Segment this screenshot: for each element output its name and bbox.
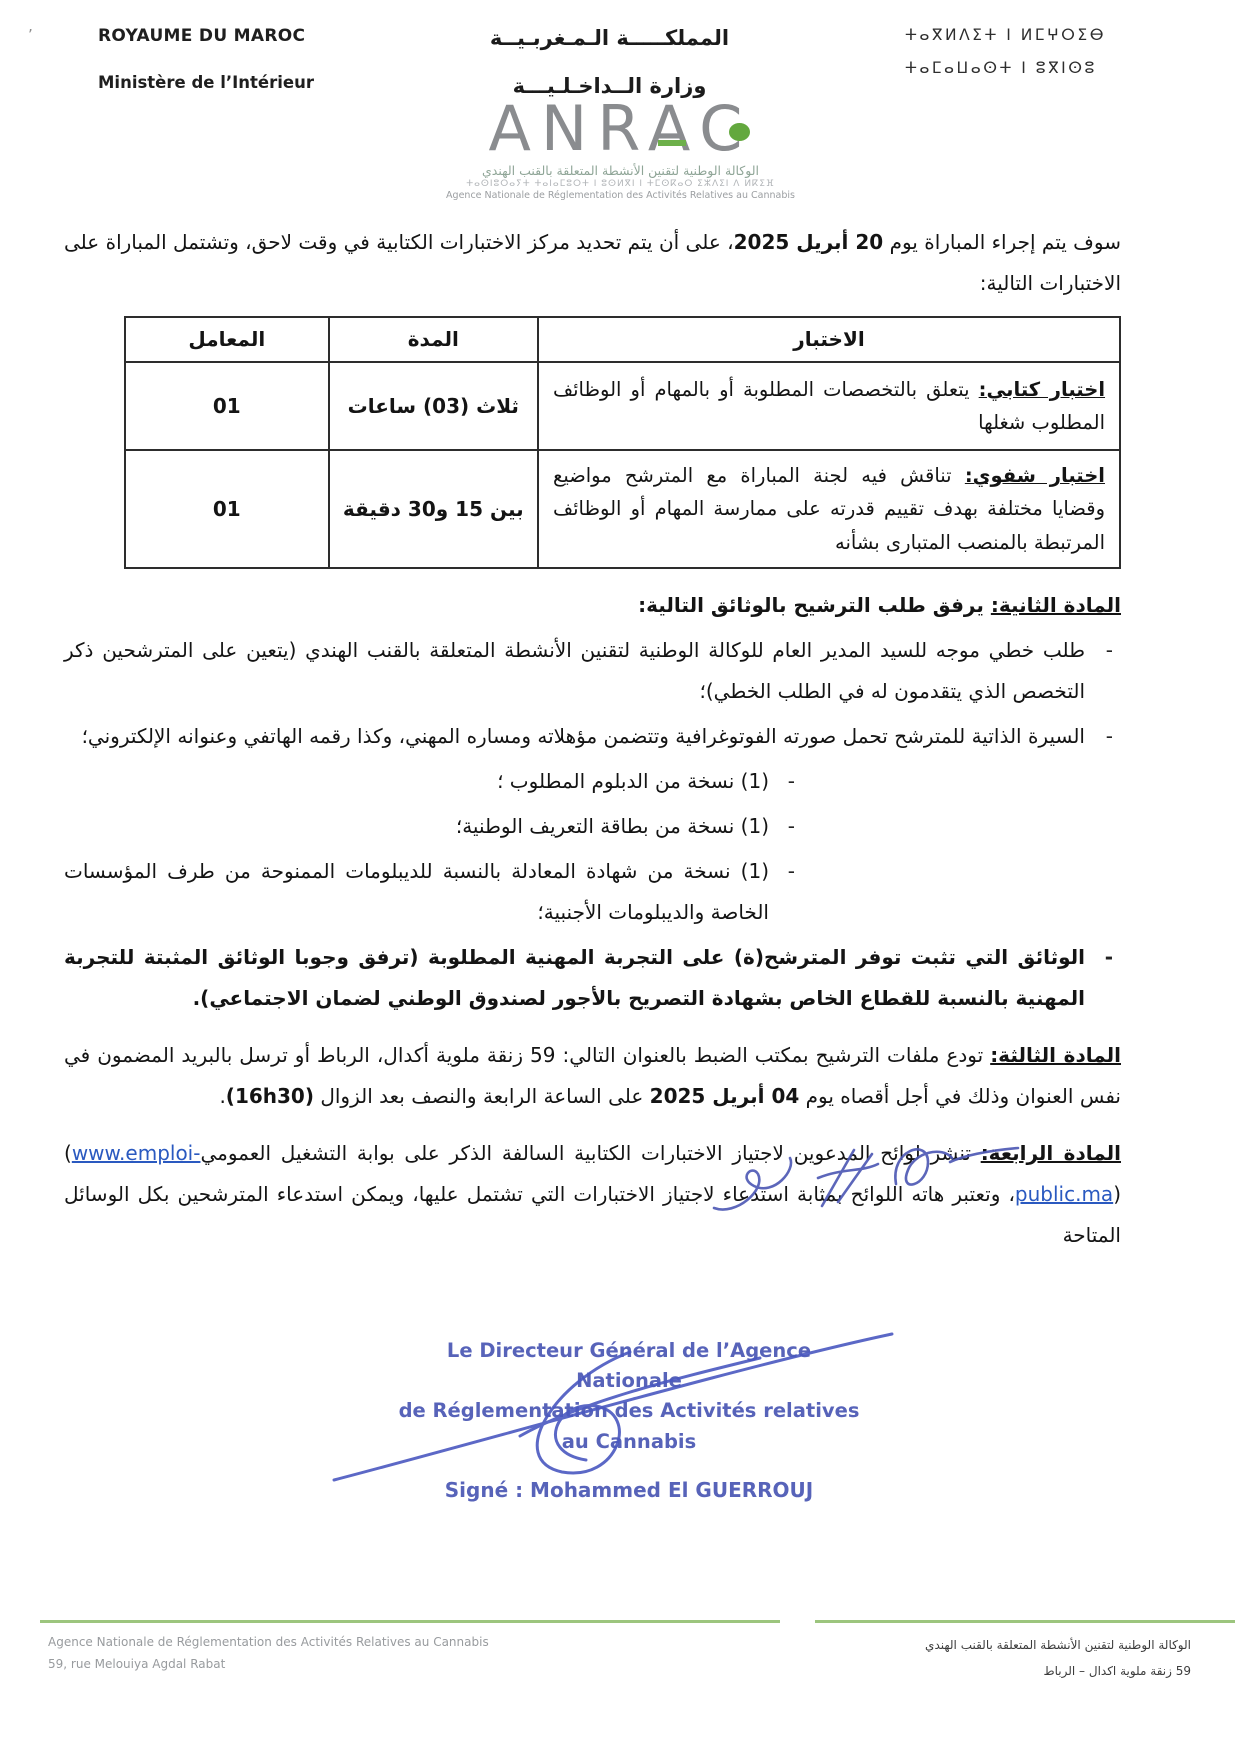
intro-paragraph: سوف يتم إجراء المباراة يوم 20 أبريل 2025… — [64, 222, 1121, 304]
intro-text-1: سوف يتم إجراء المباراة يوم — [883, 230, 1121, 254]
kingdom-title-tifinagh: ⵜⴰⴳⵍⴷⵉⵜ ⵏ ⵍⵎⵖⵔⵉⴱ — [905, 26, 1106, 44]
written-exam-duration: ثلاث (03) ساعات — [329, 362, 538, 450]
article-4-paragraph: المادة الرابعة: تنشر لوائح المدعوين لاجت… — [64, 1133, 1121, 1256]
list-item: (1) نسخة من بطاقة التعريف الوطنية؛ — [64, 806, 1121, 847]
deadline-time: (16h30) — [226, 1084, 314, 1108]
kingdom-title-ar: المملكـــــة الـمـغربـيــة — [490, 26, 729, 50]
stamp-line-3: au Cannabis — [398, 1427, 860, 1457]
header-exam: الاختبار — [538, 317, 1120, 362]
article-3-text-2: على الساعة الرابعة والنصف بعد الزوال — [314, 1084, 650, 1108]
oral-exam-duration: بين 15 و30 دقيقة — [329, 450, 538, 568]
article-4-label: المادة الرابعة: — [981, 1141, 1121, 1165]
footer-agency-ar: الوكالة الوطنية لتقنين الأنشطة المتعلقة … — [925, 1632, 1191, 1658]
exam-date: 20 أبريل 2025 — [734, 230, 884, 254]
list-item: السيرة الذاتية للمترشح تحمل صورته الفوتو… — [64, 716, 1121, 757]
logo-subtitle-arabic: الوكالة الوطنية لتقنين الأنشطة المتعلقة … — [0, 163, 1241, 178]
anrac-wordmark: ANRAC — [489, 98, 753, 160]
table-header-row: الاختبار المدة المعامل — [125, 317, 1120, 362]
footer-address-fr: 59, rue Melouiya Agdal Rabat — [48, 1654, 489, 1676]
paren-open: ( — [64, 1141, 72, 1165]
list-item-text: السيرة الذاتية للمترشح تحمل صورته الفوتو… — [82, 724, 1085, 748]
anrac-logo: ANRAC الوكالة الوطنية لتقنين الأنشطة الم… — [0, 98, 1241, 201]
written-exam-cell: اختبار كتابي: يتعلق بالتخصصات المطلوبة أ… — [538, 362, 1120, 450]
list-item-text: (1) نسخة من شهادة المعادلة بالنسبة للديب… — [64, 859, 769, 924]
logo-subtitle-french: Agence Nationale de Réglementation des A… — [0, 190, 1241, 201]
footer-address-ar: 59 زنقة ملوية اكدال – الرباط — [925, 1658, 1191, 1684]
written-exam-label: اختبار كتابي: — [979, 378, 1105, 401]
oral-exam-label: اختبار شفوي: — [965, 464, 1105, 487]
stamp-line-2: de Réglementation des Activités relative… — [398, 1396, 860, 1426]
oral-exam-cell: اختبار شفوي: تناقش فيه لجنة المباراة مع … — [538, 450, 1120, 568]
kingdom-title-fr: ROYAUME DU MAROC — [98, 26, 314, 46]
list-item-text: الوثائق التي تثبت توفر المترشح(ة) على ال… — [64, 945, 1085, 1010]
list-item: طلب خطي موجه للسيد المدير العام للوكالة … — [64, 630, 1121, 712]
footer-divider-left — [40, 1620, 780, 1623]
document-body: سوف يتم إجراء المباراة يوم 20 أبريل 2025… — [64, 222, 1121, 1256]
exams-table: الاختبار المدة المعامل اختبار كتابي: يتع… — [124, 316, 1121, 569]
logo-green-bar-icon — [658, 140, 686, 146]
signature-stamp: Le Directeur Général de l’Agence Nationa… — [398, 1336, 860, 1506]
letterhead-tifinagh: ⵜⴰⴳⵍⴷⵉⵜ ⵏ ⵍⵎⵖⵔⵉⴱ ⵜⴰⵎⴰⵡⴰⵙⵜ ⵏ ⵓⴳⵏⵙⵓ — [905, 26, 1106, 98]
article-2-label: المادة الثانية: — [991, 593, 1121, 617]
ministry-title-fr: Ministère de l’Intérieur — [98, 73, 314, 92]
footer-divider-right — [815, 1620, 1235, 1623]
footer-arabic: الوكالة الوطنية لتقنين الأنشطة المتعلقة … — [925, 1632, 1191, 1685]
header-coefficient: المعامل — [125, 317, 329, 362]
letterhead-arabic: المملكـــــة الـمـغربـيــة وزارة الــداخ… — [490, 26, 729, 98]
article-3-label: المادة الثالثة: — [990, 1043, 1121, 1067]
letterhead: ROYAUME DU MAROC Ministère de l’Intérieu… — [98, 26, 1106, 98]
article-3-paragraph: المادة الثالثة: تودع ملفات الترشيح بمكتب… — [64, 1035, 1121, 1117]
article-4-text-1: تنشر لوائح المدعوين لاجتياز الاختبارات ا… — [200, 1141, 980, 1165]
table-row: اختبار كتابي: يتعلق بالتخصصات المطلوبة أ… — [125, 362, 1120, 450]
stamp-signed-by: Signé : Mohammed El GUERROUJ — [398, 1475, 860, 1506]
anrac-wordmark-text: ANRAC — [489, 92, 753, 165]
footer-french: Agence Nationale de Réglementation des A… — [48, 1632, 489, 1675]
list-item-text: طلب خطي موجه للسيد المدير العام للوكالة … — [64, 638, 1085, 703]
list-item: (1) نسخة من الدبلوم المطلوب ؛ — [64, 761, 1121, 802]
footer-agency-fr: Agence Nationale de Réglementation des A… — [48, 1632, 489, 1654]
list-item-text: (1) نسخة من بطاقة التعريف الوطنية؛ — [456, 814, 769, 838]
paren-close: ) — [1113, 1182, 1121, 1206]
document-page: ’ ROYAUME DU MAROC Ministère de l’Intéri… — [0, 0, 1241, 1755]
written-exam-coefficient: 01 — [125, 362, 329, 450]
list-item: الوثائق التي تثبت توفر المترشح(ة) على ال… — [64, 937, 1121, 1019]
table-row: اختبار شفوي: تناقش فيه لجنة المباراة مع … — [125, 450, 1120, 568]
letterhead-french: ROYAUME DU MAROC Ministère de l’Intérieu… — [98, 26, 314, 98]
list-item-text: (1) نسخة من الدبلوم المطلوب ؛ — [497, 769, 769, 793]
article-4-text-2: ، وتعتبر هاته اللوائح بمثابة استدعاء لاج… — [64, 1182, 1121, 1247]
scan-artifact-mark: ’ — [28, 26, 33, 44]
logo-subtitle-tifinagh: ⵜⴰⵙⵏⵓⵔⴰⵢⵜ ⵜⴰⵏⴰⵎⵓⵔⵜ ⵏ ⵓⵙⵍⴳⵏ ⵏ ⵜⵎⵙⴽⴰⵔ ⵉⵣⴷⵉ… — [0, 179, 1241, 189]
ministry-title-tifinagh: ⵜⴰⵎⴰⵡⴰⵙⵜ ⵏ ⵓⴳⵏⵙⵓ — [905, 59, 1106, 77]
article-2-heading: المادة الثانية: يرفق طلب الترشيح بالوثائ… — [64, 585, 1121, 626]
stamp-line-1: Le Directeur Général de l’Agence Nationa… — [398, 1336, 860, 1396]
oral-exam-coefficient: 01 — [125, 450, 329, 568]
header-duration: المدة — [329, 317, 538, 362]
documents-list: طلب خطي موجه للسيد المدير العام للوكالة … — [64, 630, 1121, 1019]
list-item: (1) نسخة من شهادة المعادلة بالنسبة للديب… — [64, 851, 1121, 933]
article-2-text: يرفق طلب الترشيح بالوثائق التالية: — [638, 593, 991, 617]
deadline-date: 04 أبريل 2025 — [650, 1084, 800, 1108]
